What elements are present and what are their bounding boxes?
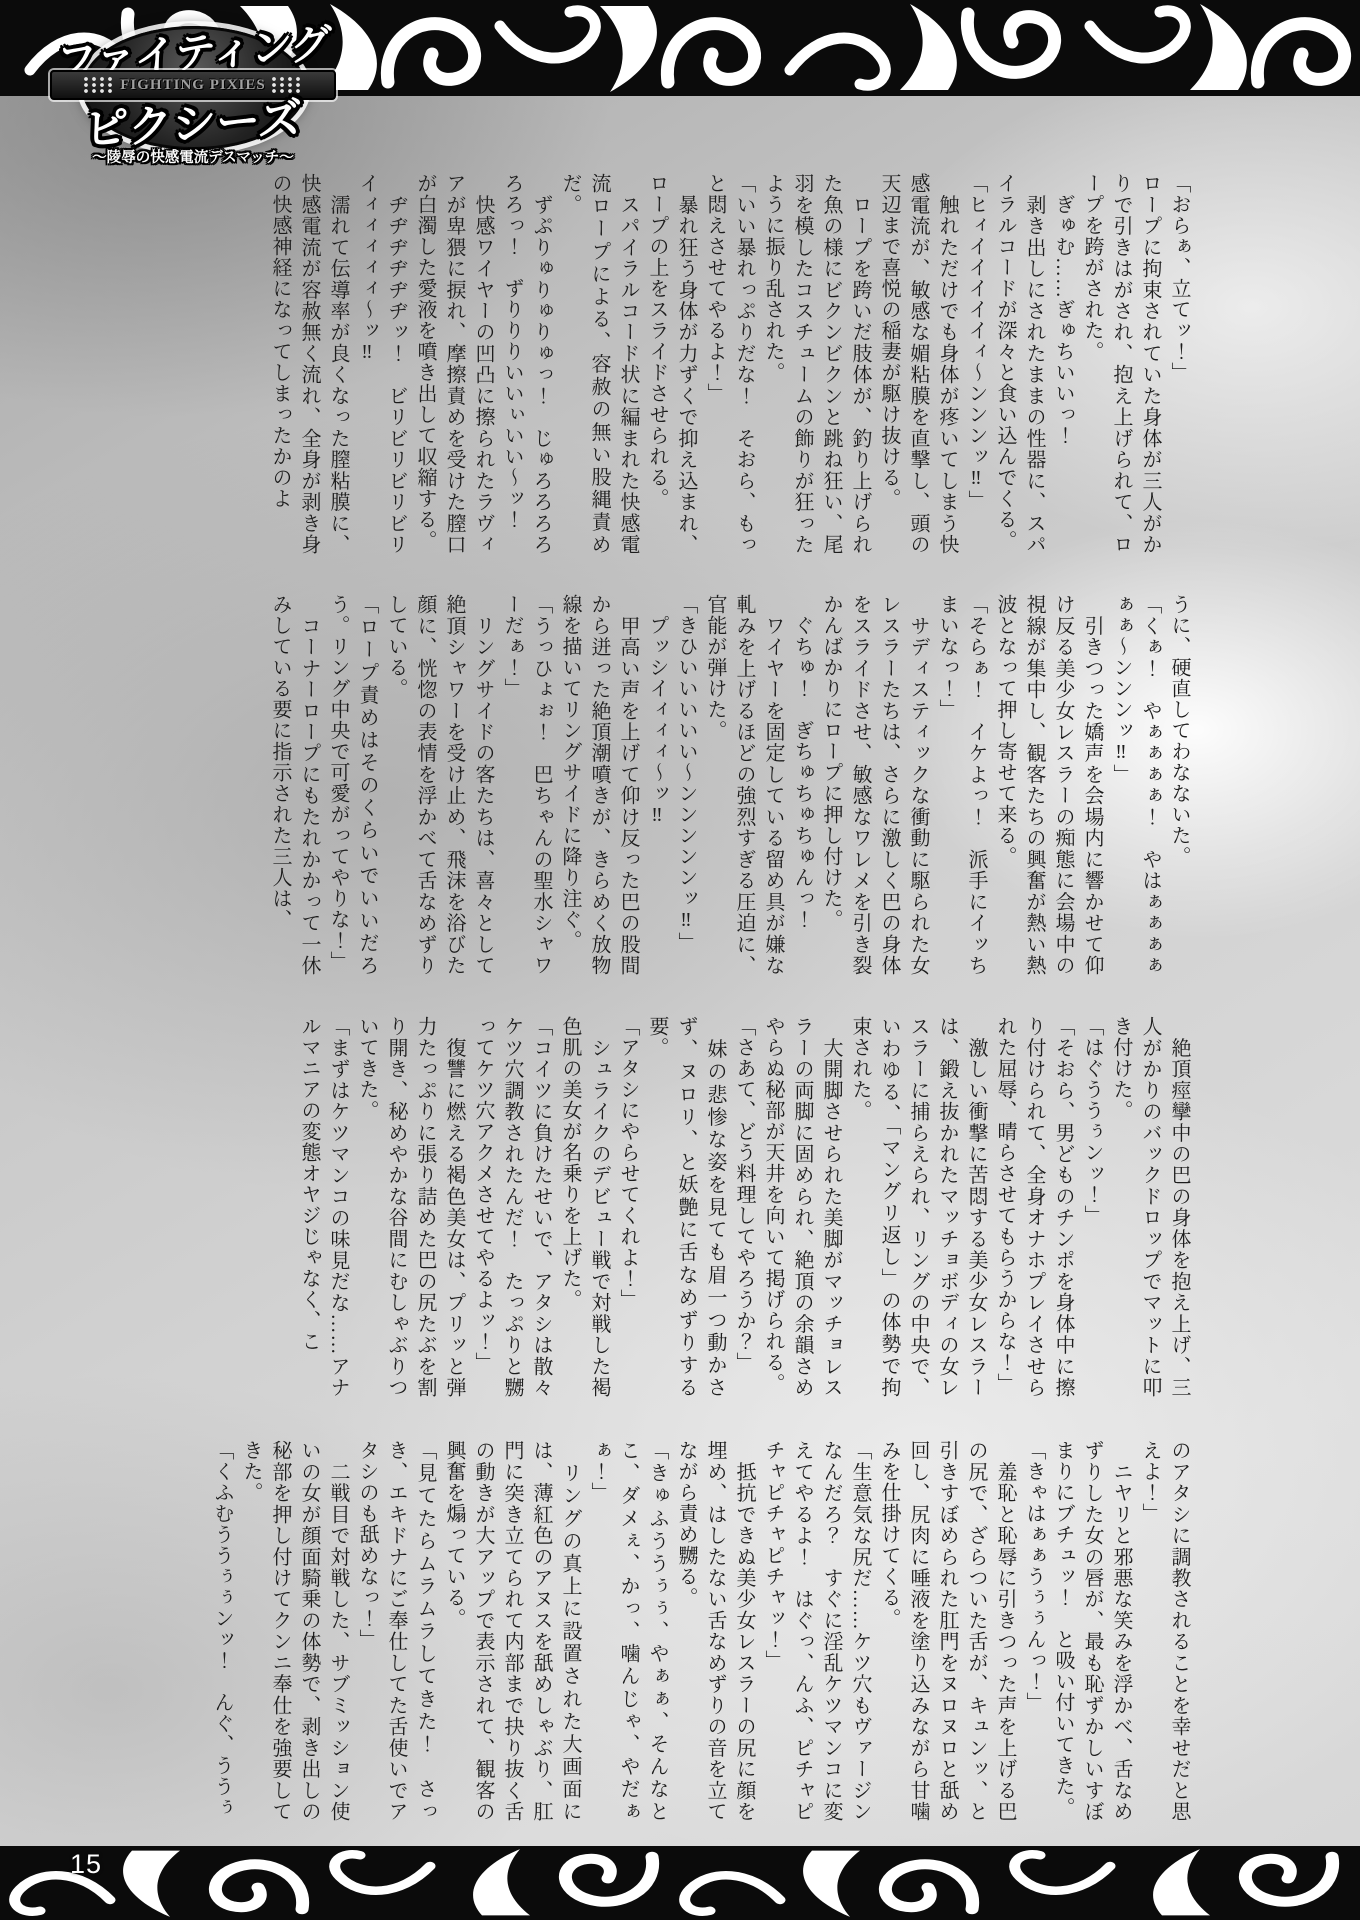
text-band-4: のアタシに調教されることを幸せだと思えよ！」 ニヤリと邪悪な笑みを浮かべ、舌なめ… (58, 1440, 1193, 1822)
series-logo: ファイティング FIGHTING PIXIES ピクシーズ 〜陵辱の快感電流デス… (48, 4, 338, 176)
scanned-novel-page: ファイティング FIGHTING PIXIES ピクシーズ 〜陵辱の快感電流デス… (0, 0, 1360, 1920)
bottom-border-decoration (0, 1846, 1360, 1920)
text-band-1: 「おらぁ、立てッ！」 ロープに拘束されていた身体が三人がかりで引きはがされ、抱え… (58, 173, 1193, 555)
logo-subtitle: 〜陵辱の快感電流デスマッチ〜 (48, 146, 338, 167)
page-number: 15 (70, 1849, 102, 1880)
text-band-2: うに、硬直してわなないた。 「くぁ！ やぁぁぁぁ！ やはぁぁぁぁぁぁ〜ンンンッ‼… (58, 594, 1193, 976)
text-band-3: 絶頂痙攣中の巴の身体を抱え上げ、三人がかりのバックドロップでマットに叩き付けた。… (58, 1016, 1193, 1398)
